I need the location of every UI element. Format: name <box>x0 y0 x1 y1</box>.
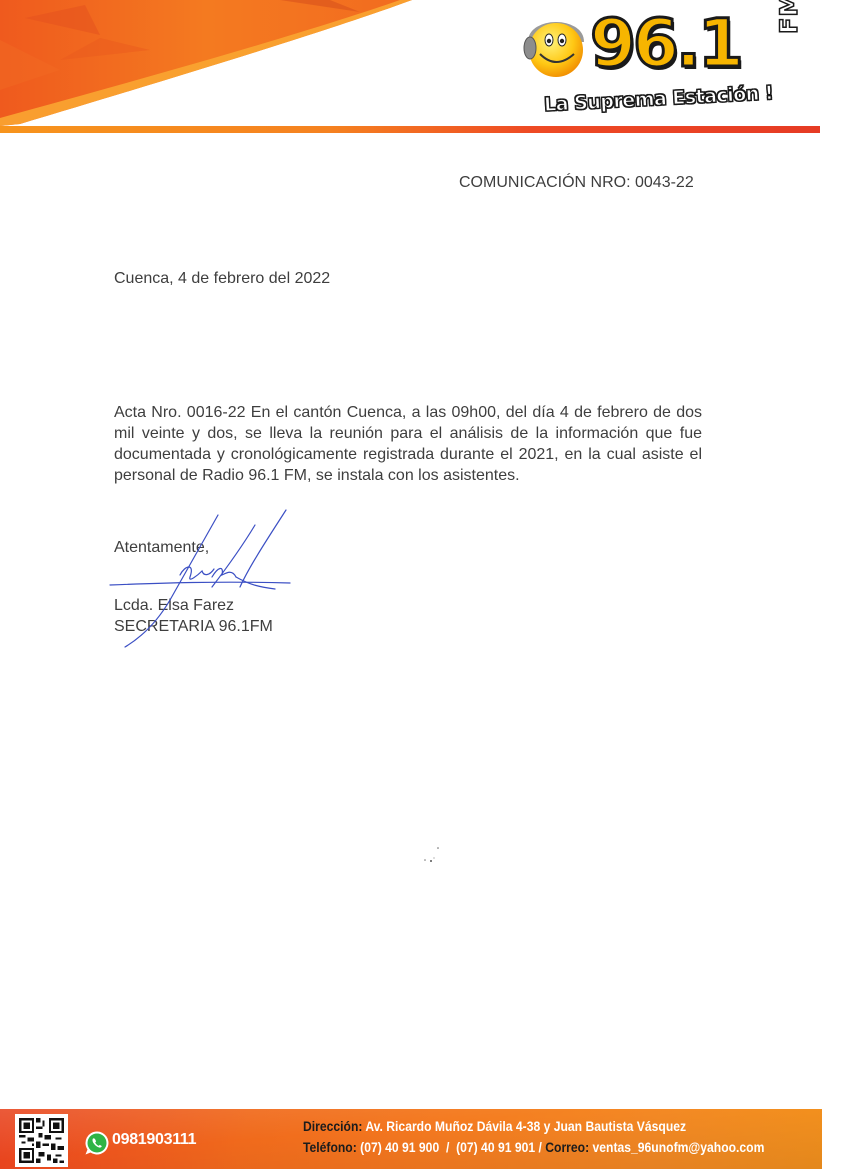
closing-salutation: Atentamente, <box>114 537 209 558</box>
whatsapp-icon <box>84 1130 110 1156</box>
signer-name: Lcda. Elsa Farez <box>114 595 234 616</box>
signer-title: SECRETARIA 96.1FM <box>114 616 273 637</box>
footer-contact: Teléfono: (07) 40 91 900 / (07) 40 91 90… <box>303 1140 764 1155</box>
phone-label: Teléfono: <box>303 1140 357 1155</box>
scan-specks <box>410 840 450 870</box>
phone-values[interactable]: (07) 40 91 900 / (07) 40 91 901 / <box>360 1140 542 1155</box>
logo-band: FM <box>775 0 803 34</box>
qr-code-icon <box>15 1114 68 1167</box>
logo-frequency: 96.1 <box>590 4 741 84</box>
address-label: Dirección: <box>303 1119 362 1134</box>
address-value: Av. Ricardo Muñoz Dávila 4-38 y Juan Bau… <box>365 1119 686 1134</box>
communication-number: COMUNICACIÓN NRO: 0043-22 <box>459 172 694 193</box>
header-divider <box>0 126 820 133</box>
station-logo: 96.1 FM La Suprema Estación ! <box>520 4 800 126</box>
place-date: Cuenca, 4 de febrero del 2022 <box>114 268 330 289</box>
email-label: Correo: <box>545 1140 589 1155</box>
whatsapp-phone-number[interactable]: 0981903111 <box>112 1131 196 1149</box>
footer-address: Dirección: Av. Ricardo Muñoz Dávila 4-38… <box>303 1119 686 1134</box>
smiley-headphones-icon <box>522 8 590 80</box>
body-paragraph: Acta Nro. 0016-22 En el cantón Cuenca, a… <box>114 402 702 486</box>
email-value[interactable]: ventas_96unofm@yahoo.com <box>593 1140 765 1155</box>
logo-slogan: La Suprema Estación ! <box>544 82 774 116</box>
